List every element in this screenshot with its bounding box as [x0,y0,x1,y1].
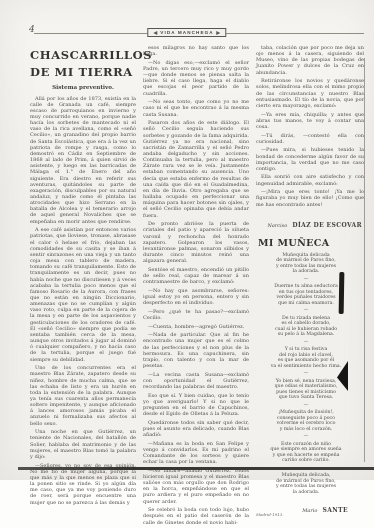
ink-smudge-bar [339,272,345,314]
article-title-line1: CHASCARRILLOS [30,47,136,64]
article-byline: Narciso DÍAZ DE ESCOVAR [256,212,362,231]
paragraph: Uno de los concurrentes era el maestro B… [30,365,136,427]
paragraph: Sentóse el maestro, encendió un pitillo … [143,267,249,285]
byline-first-name: Narciso [268,223,288,229]
article-title: CHASCARRILLOS DE MI TIERRA [30,47,136,82]
poem-stanza: De tu rizada melena es el cabello dorado… [256,316,356,338]
paragraph: —No hay que asombrarse, señores: igual e… [143,288,249,306]
paragraph: —Ya eres mía, chiquilla; y antes que abr… [256,112,364,130]
column-1: CHASCARRILLOS DE MI TIERRA Sistema preve… [30,45,136,480]
paragraph: —La vecina casta Susana—exclamó con opor… [143,372,249,390]
paragraph: —Pues mira, si hubieses tenido la bondad… [256,147,364,172]
paragraph: taba, colación que por poco me deja un o… [256,45,364,76]
paragraph: Allá por los años de 1873, existía en la… [30,96,136,225]
banner-title: VIDA MANCHEGA [160,30,213,35]
paragraph: —Mañana es la boda en San Felipe y vengo… [143,441,249,466]
paragraph: —No faltaré—añadió Gutiérrez. Todos hici… [143,468,249,480]
article-subtitle: Sistema preventivo. [30,85,136,91]
paragraph: esos milagros no hay santo que los haga. [143,45,249,57]
byline-last-name: DÍAZ DE ESCOVAR [292,222,362,229]
column-2: esos milagros no hay santo que los haga.… [143,45,249,480]
column-1-text: Allá por los años de 1873, existía en la… [30,96,136,481]
paragraph: —Cuenta, hombre—agregó Gutiérrez. [143,324,249,330]
column-3: taba, colación que por poco me deja un o… [256,45,364,480]
banner-ornament-left-icon [153,31,157,35]
paragraph: —Señores, yo no soy de esa opinión. No m… [30,463,136,480]
paragraph: —Tú dirás, —contestó ella con curiosidad… [256,133,364,145]
scanned-page: 4 VIDA MANCHEGA CHASCARRILLOS DE MI TIER… [0,0,374,480]
poem-stanza: Este corazón de niño que siempre en amor… [256,442,356,464]
column-3-text: taba, colación que por poco me deja un o… [256,45,364,208]
paragraph: —No digas eso,—exclamó el señor Padre, u… [143,60,249,97]
paragraph: Eso que sí. Y bien cuidao, que lo tenío … [143,393,249,418]
banner-ornament-right-icon [217,31,221,35]
paragraph: Pasaron dos años de este diálogo. El señ… [143,120,249,219]
paragraph: Quedáronse todos sin saber qué decir, pu… [143,420,249,438]
page-edge-line [364,58,365,462]
scan-edge-shadow [18,467,374,470]
paragraph: De pronto abrióse la puerta de cristales… [143,221,249,264]
column-2-text: esos milagros no hay santo que los haga.… [143,45,249,480]
paragraph: —Pero ¿qué te ha pasao?—exclamó Cecilio. [143,309,249,321]
poem-stanza: Muñequita delicada, de mármol de Paros f… [256,473,356,480]
poem-stanza: — [256,340,356,346]
paragraph: A ese café asistían por entonces varios … [30,227,136,362]
poem-stanza: Y si tu risa festiva del rojo labio el c… [256,347,356,369]
paragraph: Retiráronse los novios y quedáronse solo… [256,78,364,109]
paragraph: —Nada de particular. Que al fin he encon… [143,332,249,369]
masthead-badge: VIDA MANCHEGA [147,28,226,37]
poem-stanza: ¡Muñequita de ilusión!, conseguiste poco… [256,410,356,432]
paragraph: Ella sonrió con aire satisfecho y con in… [256,174,364,186]
article-title-line2: DE MI TIERRA [30,64,136,81]
poem-stanza: — [256,434,356,440]
paragraph: —No seas tonto, que como yo no me caso n… [143,99,249,117]
poem-stanza: — [256,403,356,409]
article-columns: CHASCARRILLOS DE MI TIERRA Sistema preve… [30,45,364,480]
paragraph: Una noche en que Gutiérrez, un teniente … [30,429,136,460]
paragraph: —¡Mira que eres tonto! ¡Ya me lo figurab… [256,189,364,207]
poem-title: MI MUÑECA [258,238,364,249]
